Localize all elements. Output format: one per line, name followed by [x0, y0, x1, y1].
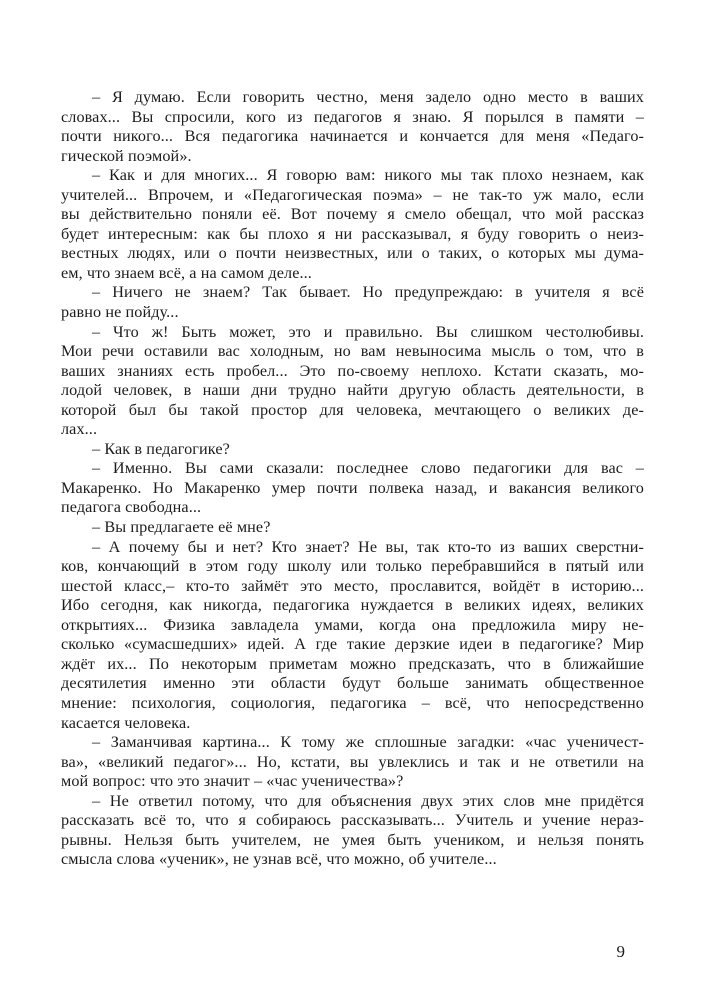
text-line: Ибо сегодня, как никогда, педагогика нуж… [61, 596, 644, 616]
text-line: мой вопрос: что это значит – «час ученич… [61, 772, 644, 792]
text-line: лодой человек, в наши дни трудно найти д… [61, 381, 644, 401]
text-line: – Ничего не знаем? Так бывает. Но предуп… [61, 283, 644, 303]
text-line: – Вы предлагаете её мне? [61, 518, 644, 538]
text-line: вы действительно поняли её. Вот почему я… [61, 205, 644, 225]
text-line: почти никого... Вся педагогика начинаетс… [61, 127, 644, 147]
text-line: – Я думаю. Если говорить честно, меня за… [61, 88, 644, 108]
text-line: равно не пойду... [61, 303, 644, 323]
text-line: учителей... Впрочем, и «Педагогическая п… [61, 186, 644, 206]
text-line: ваших знаниях есть пробел... Это по-свое… [61, 362, 644, 382]
text-line: – Не ответил потому, что для объяснения … [61, 792, 644, 812]
text-line: шестой класс,– кто-то займёт это место, … [61, 577, 644, 597]
text-line: – Как и для многих... Я говорю вам: нико… [61, 166, 644, 186]
text-line: лах... [61, 420, 644, 440]
book-page: – Я думаю. Если говорить честно, меня за… [0, 0, 707, 1000]
paragraph: – Как в педагогике? [61, 440, 644, 460]
text-line: рассказать всё то, что я собираюсь расск… [61, 811, 644, 831]
text-line: – Что ж! Быть может, это и правильно. Вы… [61, 323, 644, 343]
text-line: Мои речи оставили вас холодным, но вам н… [61, 342, 644, 362]
text-line: смысла слова «ученик», не узнав всё, что… [61, 850, 644, 870]
paragraph: – А почему бы и нет? Кто знает? Не вы, т… [61, 538, 644, 733]
page-number: 9 [581, 942, 625, 962]
paragraph: – Вы предлагаете её мне? [61, 518, 644, 538]
paragraph: – Я думаю. Если говорить честно, меня за… [61, 88, 644, 166]
text-line: будет интересным: как бы плохо я ни расс… [61, 225, 644, 245]
text-line: ва», «великий педагог»... Но, кстати, вы… [61, 753, 644, 773]
text-line: рывны. Нельзя быть учителем, не умея быт… [61, 831, 644, 851]
text-line: гической поэмой». [61, 147, 644, 167]
text-line: мнение: психология, социология, педагоги… [61, 694, 644, 714]
text-line: – Как в педагогике? [61, 440, 644, 460]
text-line: десятилетия именно эти области будут бол… [61, 674, 644, 694]
text-line: Макаренко. Но Макаренко умер почти полве… [61, 479, 644, 499]
text-line: – Именно. Вы сами сказали: последнее сло… [61, 459, 644, 479]
text-line: – Заманчивая картина... К тому же сплошн… [61, 733, 644, 753]
text-line: словах... Вы спросили, кого из педагогов… [61, 108, 644, 128]
paragraph: – Что ж! Быть может, это и правильно. Вы… [61, 323, 644, 440]
text-line: – А почему бы и нет? Кто знает? Не вы, т… [61, 538, 644, 558]
paragraph: – Ничего не знаем? Так бывает. Но предуп… [61, 283, 644, 322]
text-line: ем, что знаем всё, а на самом деле... [61, 264, 644, 284]
paragraph: – Не ответил потому, что для объяснения … [61, 792, 644, 870]
text-line: педагога свободна... [61, 498, 644, 518]
text-line: открытиях... Физика завладела умами, ког… [61, 616, 644, 636]
text-line: ждёт их... По некоторым приметам можно п… [61, 655, 644, 675]
paragraph: – Как и для многих... Я говорю вам: нико… [61, 166, 644, 283]
paragraph: – Заманчивая картина... К тому же сплошн… [61, 733, 644, 792]
text-line: которой был бы такой простор для человек… [61, 401, 644, 421]
text-line: сколько «сумасшедших» идей. А где такие … [61, 635, 644, 655]
text-column: – Я думаю. Если говорить честно, меня за… [61, 88, 644, 870]
text-line: вестных людях, или о почти неизвестных, … [61, 244, 644, 264]
text-line: ков, кончающий в этом году школу или тол… [61, 557, 644, 577]
text-line: касается человека. [61, 714, 644, 734]
paragraph: – Именно. Вы сами сказали: последнее сло… [61, 459, 644, 518]
